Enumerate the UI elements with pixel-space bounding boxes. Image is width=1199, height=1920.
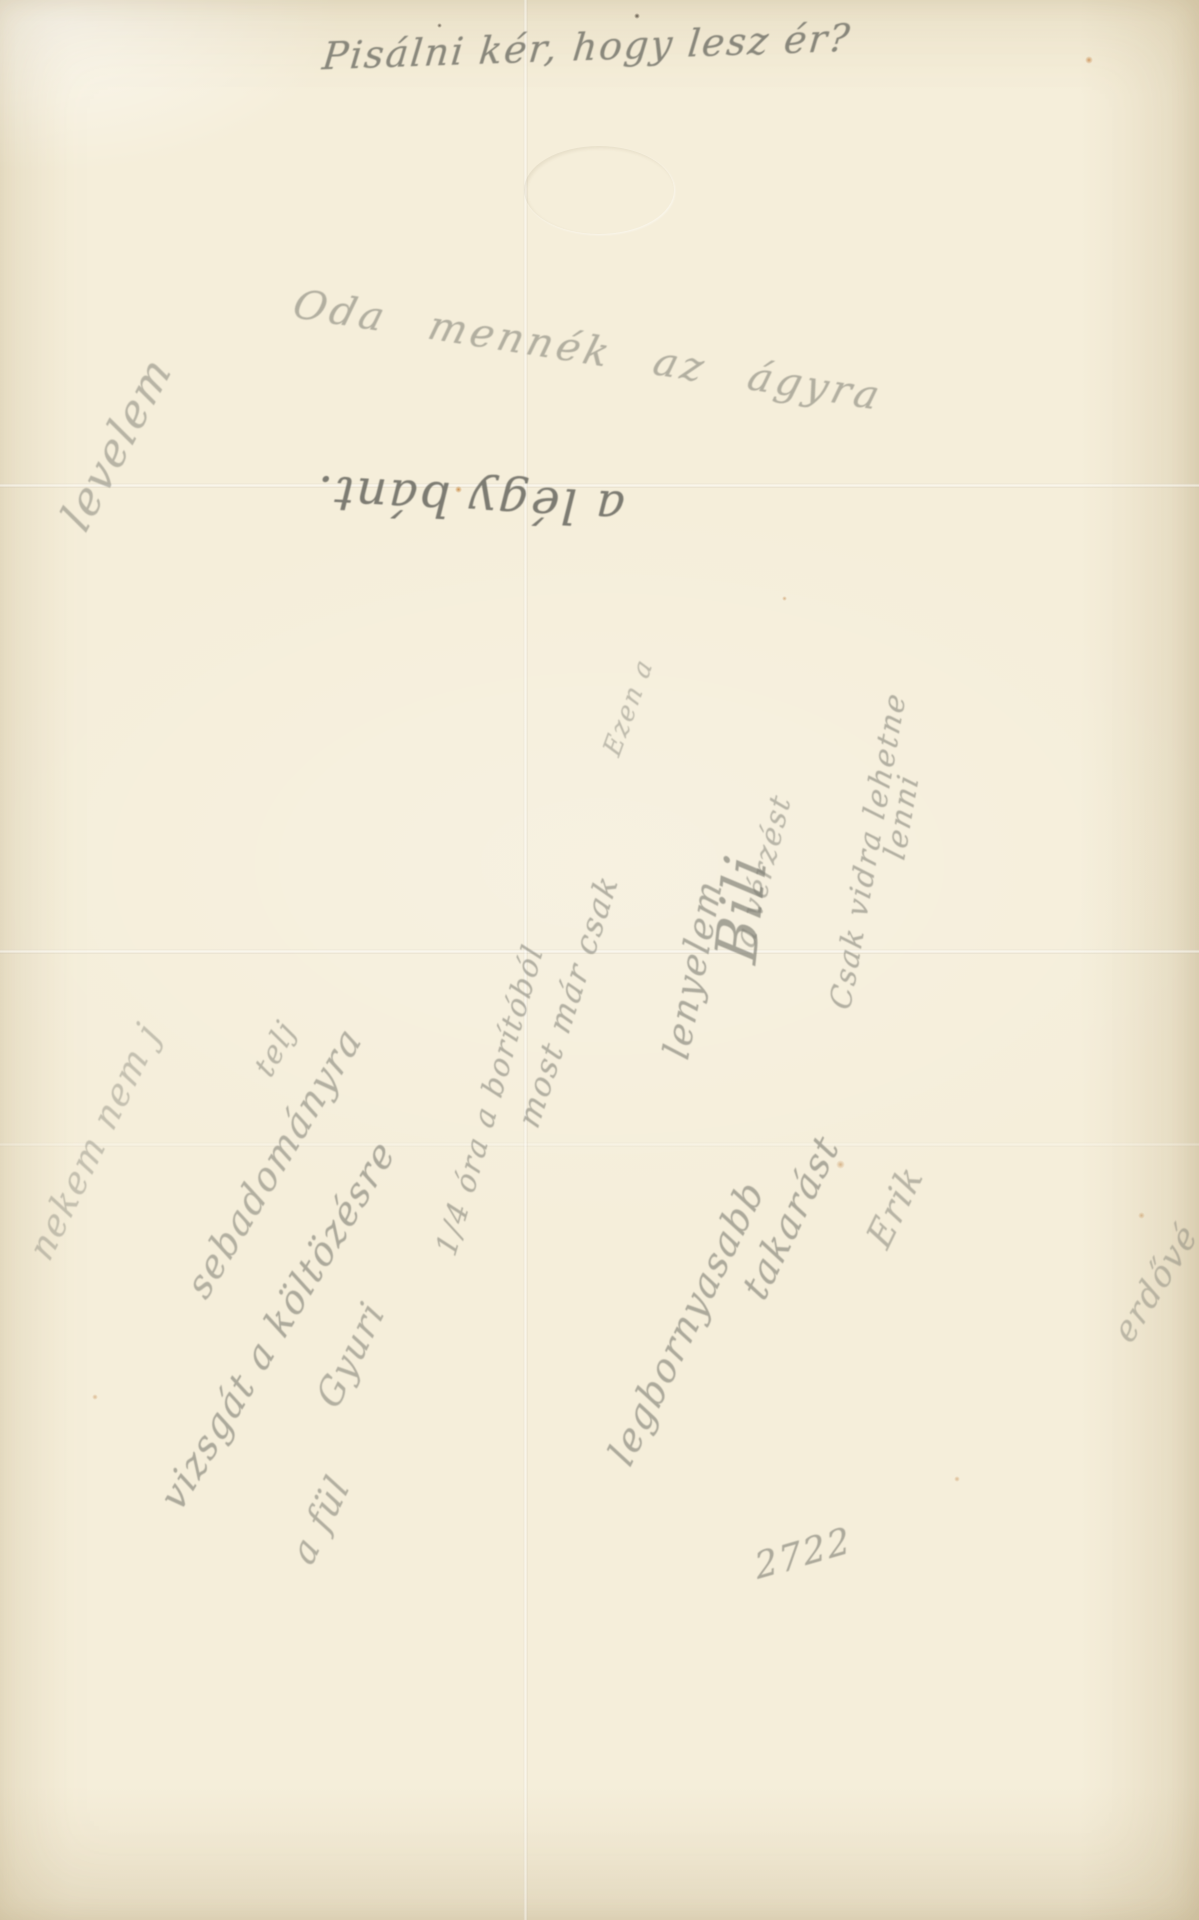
handwriting-bili-signature: Bili [702,848,780,968]
ink-fleck [437,23,442,28]
handwriting-legbornyasabb: legbornyasabb [600,1172,773,1474]
handwriting-nekem-nem: nekem nem j [22,1016,169,1268]
foxing-spot [92,1394,98,1400]
handwriting-a-ful: a fül [284,1468,359,1572]
handwriting-header-question: Pisálni kér, hogy lesz ér? [320,16,853,79]
handwriting-telj: telj [248,1014,304,1084]
ink-fleck [634,13,640,19]
foxing-spot [1085,56,1093,64]
embossed-seal [524,146,674,234]
handwriting-oda-mennek: Oda mennék az ágyra [288,282,888,420]
handwriting-erik: Erik [860,1158,932,1256]
handwriting-erdove-edge: erdővé [1106,1216,1199,1351]
handwriting-corner-mark: 2722 [752,1521,855,1589]
fold-crease-horizontal-lower [0,1142,1199,1147]
handwriting-a-legy-bant-upside-down: a légy bánt. [234,460,706,541]
handwriting-gyuri: Gyuri [310,1294,394,1416]
scanned-paper-sheet: Pisálni kér, hogy lesz ér? levelem Oda m… [0,0,1199,1920]
foxing-spot [1138,1212,1145,1219]
handwriting-ezen-a: Ezen a [598,653,660,761]
foxing-spot [782,596,787,601]
handwriting-levelem: levelem [52,347,182,541]
foxing-spot [954,1476,960,1482]
